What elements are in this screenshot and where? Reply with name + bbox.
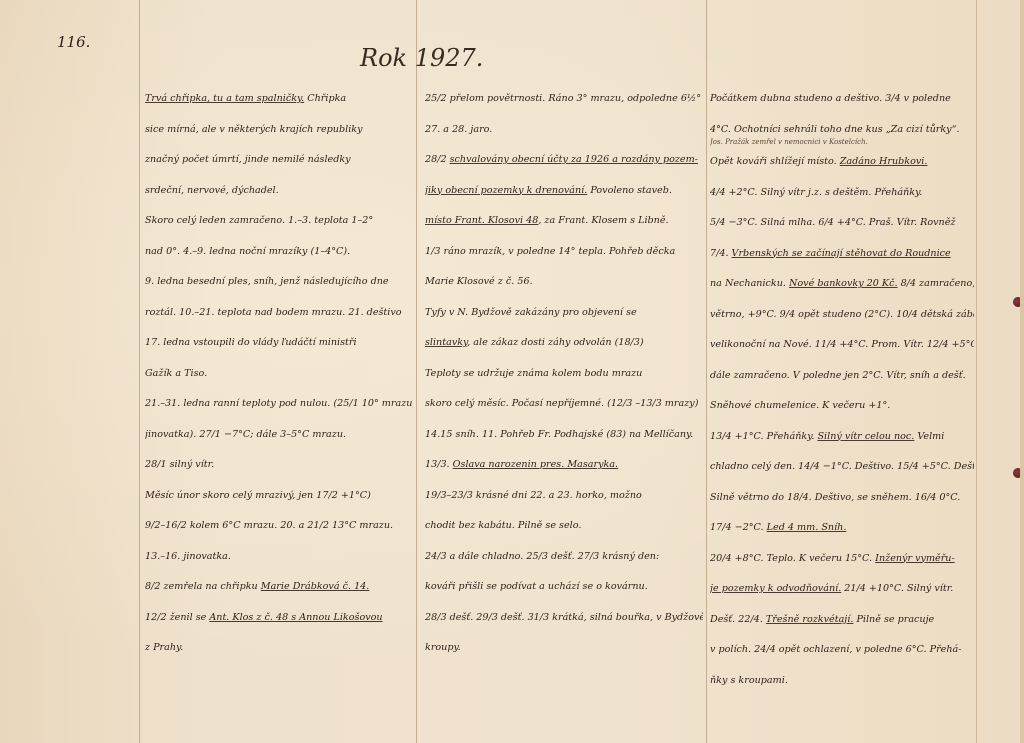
text-line: Tyfy v N. Bydžově zakázány pro objevení …	[425, 298, 703, 329]
column-right: Počátkem dubna studeno a deštivo. 3/4 v …	[710, 84, 974, 696]
text-line: 13/3. Oslava narozenin pres. Masaryka.	[425, 450, 703, 481]
column-rule-1	[416, 0, 417, 743]
underlined-text: Silný vítr celou noc.	[817, 431, 914, 442]
text-line: větrno, +9°C. 9/4 opět studeno (2°C). 10…	[710, 300, 974, 331]
text-line: 12/2 ženil se Ant. Klos z č. 48 s Annou …	[145, 603, 413, 634]
text-line: 28/3 dešť. 29/3 dešť. 31/3 krátká, silná…	[425, 603, 703, 634]
text-line: 28/1 silný vítr.	[145, 450, 413, 481]
underlined-text: Zadáno Hrubkovi.	[840, 156, 928, 167]
page-edge	[1020, 0, 1024, 743]
page-title: Rok 1927.	[360, 44, 483, 72]
text-line: 9/2–16/2 kolem 6°C mrazu. 20. a 21/2 13°…	[145, 511, 413, 542]
text-line: dále zamračeno. V poledne jen 2°C. Vítr,…	[710, 361, 974, 392]
text-line: 5/4 −3°C. Silná mlha. 6/4 +4°C. Praš. Ví…	[710, 208, 974, 239]
text-line: jinovatka). 27/1 −7°C; dále 3–5°C mrazu.	[145, 420, 413, 451]
text-line: na Nechanicku. Nové bankovky 20 Kč. 8/4 …	[710, 269, 974, 300]
text-line: v polích. 24/4 opět ochlazení, v poledne…	[710, 635, 974, 666]
text-line: 19/3–23/3 krásné dni 22. a 23. horko, mo…	[425, 481, 703, 512]
page-number: 116.	[57, 33, 90, 51]
text-line: je pozemky k odvodňování. 21/4 +10°C. Si…	[710, 574, 974, 605]
underlined-text: místo Frant. Klosovi 48	[425, 215, 538, 226]
margin-rule-right	[976, 0, 977, 743]
text-line: 9. ledna besední ples, sníh, jenž násled…	[145, 267, 413, 298]
text-line: 1/3 ráno mrazík, v poledne 14° tepla. Po…	[425, 237, 703, 268]
underlined-text: slintavky	[425, 337, 467, 348]
text-line: 14.15 sníh. 11. Pohřeb Fr. Podhajské (83…	[425, 420, 703, 451]
text-line: 21.–31. ledna ranní teploty pod nulou. (…	[145, 389, 413, 420]
text-line: roztál. 10.–21. teplota nad bodem mrazu.…	[145, 298, 413, 329]
text-line: Měsíc únor skoro celý mrazivý, jen 17/2 …	[145, 481, 413, 512]
underlined-text: schvalovány obecní účty za 1926 a rozdán…	[450, 154, 698, 165]
underlined-text: Led 4 mm. Sníh.	[767, 522, 847, 533]
text-line: nad 0°. 4.–9. ledna noční mrazíky (1–4°C…	[145, 237, 413, 268]
underlined-text: Vrbenských se začínají stěhovat do Roudn…	[732, 248, 951, 259]
text-line: ňky s kroupami.	[710, 666, 974, 697]
text-line: 17/4 −2°C. Led 4 mm. Sníh.	[710, 513, 974, 544]
underlined-text: Inženýr vyměřu-	[875, 553, 955, 564]
underlined-text: Ant. Klos z č. 48 s Annou Likošovou	[209, 612, 382, 623]
underlined-text: Nové bankovky 20 Kč.	[789, 278, 898, 289]
text-line: skoro celý měsíc. Počasí nepříjemné. (12…	[425, 389, 703, 420]
text-line: z Prahy.	[145, 633, 413, 664]
underlined-text: Třešně rozkvétají.	[766, 614, 854, 625]
text-line: značný počet úmrtí, jinde nemilé následk…	[145, 145, 413, 176]
underlined-text: Trvá chřipka, tu a tam spalničky.	[145, 93, 304, 104]
text-line: 27. a 28. jaro.	[425, 115, 703, 146]
text-line: 20/4 +8°C. Teplo. K večeru 15°C. Inženýr…	[710, 544, 974, 575]
text-line: 13.–16. jinovatka.	[145, 542, 413, 573]
text-line: Sněhové chumelenice. K večeru +1°.	[710, 391, 974, 422]
underlined-text: jiky obecní pozemky k drenování.	[425, 185, 587, 196]
text-line: srdeční, nervové, dýchadel.	[145, 176, 413, 207]
underlined-text: je pozemky k odvodňování.	[710, 583, 841, 594]
text-line: 25/2 přelom povětrnosti. Ráno 3° mrazu, …	[425, 84, 703, 115]
text-line: Gažík a Tiso.	[145, 359, 413, 390]
text-line: 7/4. Vrbenských se začínají stěhovat do …	[710, 239, 974, 270]
text-line: kováři přišli se podívat a uchází se o k…	[425, 572, 703, 603]
column-rule-2	[706, 0, 707, 743]
text-line: Silně větrno do 18/4. Deštivo, se sněhem…	[710, 483, 974, 514]
chronicle-page: 116. Rok 1927. Trvá chřipka, tu a tam sp…	[0, 0, 1024, 743]
underlined-text: Marie Drábková č. 14.	[261, 581, 370, 592]
text-line: slintavky, ale zákaz dosti záhy odvolán …	[425, 328, 703, 359]
text-line: kroupy.	[425, 633, 703, 664]
text-line: Skoro celý leden zamračeno. 1.–3. teplot…	[145, 206, 413, 237]
text-line: Počátkem dubna studeno a deštivo. 3/4 v …	[710, 84, 974, 115]
text-line: Teploty se udržuje známa kolem bodu mraz…	[425, 359, 703, 390]
column-left: Trvá chřipka, tu a tam spalničky. Chřipk…	[145, 84, 413, 664]
margin-rule-left	[139, 0, 140, 743]
text-line: Dešť. 22/4. Třešně rozkvétají. Pilně se …	[710, 605, 974, 636]
text-line: 13/4 +1°C. Přeháňky. Silný vítr celou no…	[710, 422, 974, 453]
text-line: Trvá chřipka, tu a tam spalničky. Chřipk…	[145, 84, 413, 115]
text-line: Opět kováři shlížejí místo. Zadáno Hrubk…	[710, 147, 974, 178]
text-line: 4/4 +2°C. Silný vítr j.z. s deštěm. Přeh…	[710, 178, 974, 209]
text-line: chladno celý den. 14/4 −1°C. Deštivo. 15…	[710, 452, 974, 483]
text-line: chodit bez kabátu. Pilně se selo.	[425, 511, 703, 542]
underlined-text: Oslava narozenin pres. Masaryka.	[453, 459, 618, 470]
text-line: velikonoční na Nové. 11/4 +4°C. Prom. Ví…	[710, 330, 974, 361]
text-line: 24/3 a dále chladno. 25/3 dešť. 27/3 krá…	[425, 542, 703, 573]
text-line: 17. ledna vstoupili do vlády ľudáčtí min…	[145, 328, 413, 359]
text-line: sice mírná, ale v některých krajích repu…	[145, 115, 413, 146]
column-middle: 25/2 přelom povětrnosti. Ráno 3° mrazu, …	[425, 84, 703, 664]
text-line: 28/2 schvalovány obecní účty za 1926 a r…	[425, 145, 703, 176]
text-line: Marie Klosové z č. 56.	[425, 267, 703, 298]
text-line: jiky obecní pozemky k drenování. Povolen…	[425, 176, 703, 207]
text-line: místo Frant. Klosovi 48, za Frant. Klose…	[425, 206, 703, 237]
text-line: 8/2 zemřela na chřipku Marie Drábková č.…	[145, 572, 413, 603]
